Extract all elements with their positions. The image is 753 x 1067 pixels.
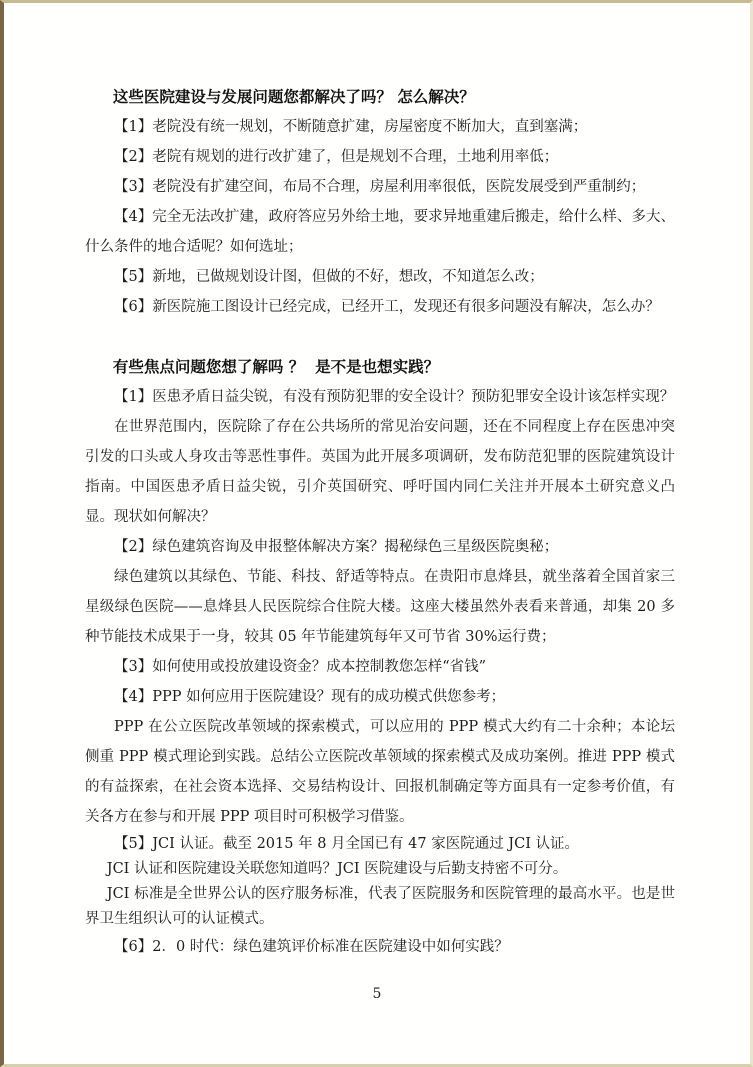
- section1-item-3: 【3】老院没有扩建空间，布局不合理，房屋利用率很低，医院发展受到严重制约；: [85, 172, 675, 202]
- section2-paragraph-11: 【6】2．0 时代：绿色建筑评价标准在医院建设中如何实践？: [85, 932, 675, 962]
- section2-paragraph-7: PPP 在公立医院改革领域的探索模式，可以应用的 PPP 模式大约有二十余种；本…: [85, 712, 675, 832]
- page-content: 这些医院建设与发展问题您都解决了吗？ 怎么解决？ 【1】老院没有统一规划，不断随…: [85, 82, 675, 962]
- section2-paragraph-5: 【3】如何使用或投放建设资金？成本控制教您怎样“省钱”: [85, 652, 675, 682]
- section1-item-6: 【6】新医院施工图设计已经完成，已经开工，发现还有很多问题没有解决，怎么办？: [85, 292, 675, 322]
- section1-item-2: 【2】老院有规划的进行改扩建了，但是规划不合理，土地利用率低；: [85, 142, 675, 172]
- section2-paragraph-4: 绿色建筑以其绿色、节能、科技、舒适等特点。在贵阳市息烽县，就坐落着全国首家三星级…: [85, 562, 675, 652]
- section1-item-1: 【1】老院没有统一规划，不断随意扩建，房屋密度不断加大，直到塞满；: [85, 112, 675, 142]
- section2-paragraph-6: 【4】PPP 如何应用于医院建设？现有的成功模式供您参考；: [85, 682, 675, 712]
- page-number: 5: [4, 986, 750, 1002]
- section1-item-4: 【4】完全无法改扩建，政府答应另外给土地，要求异地重建后搬走，给什么样、多大、什…: [85, 202, 675, 262]
- section1-item-5: 【5】新地，已做规划设计图，但做的不好，想改，不知道怎么改；: [85, 262, 675, 292]
- section2-paragraph-10: JCI 标准是全世界公认的医疗服务标准，代表了医院服务和医院管理的最高水平。也是…: [85, 882, 675, 932]
- section1-title: 这些医院建设与发展问题您都解决了吗？ 怎么解决？: [85, 82, 675, 112]
- section2-paragraph-2: 在世界范围内，医院除了存在公共场所的常见治安问题，还在不同程度上存在医患冲突引发…: [85, 412, 675, 532]
- section2-paragraph-3: 【2】绿色建筑咨询及申报整体解决方案？揭秘绿色三星级医院奥秘；: [85, 532, 675, 562]
- section2-paragraph-9: JCI 认证和医院建设关联您知道吗？JCI 医院建设与后勤支持密不可分。: [85, 857, 675, 882]
- section2-title: 有些焦点问题您想了解吗 ？ 是不是也想实践？: [85, 352, 675, 382]
- document-page: 这些医院建设与发展问题您都解决了吗？ 怎么解决？ 【1】老院没有统一规划，不断随…: [0, 0, 753, 1067]
- section2-paragraph-8: 【5】JCI 认证。截至 2015 年 8 月全国已有 47 家医院通过 JCI…: [85, 832, 675, 857]
- section2-paragraph-1: 【1】医患矛盾日益尖锐，有没有预防犯罪的安全设计？预防犯罪安全设计该怎样实现？: [85, 382, 675, 412]
